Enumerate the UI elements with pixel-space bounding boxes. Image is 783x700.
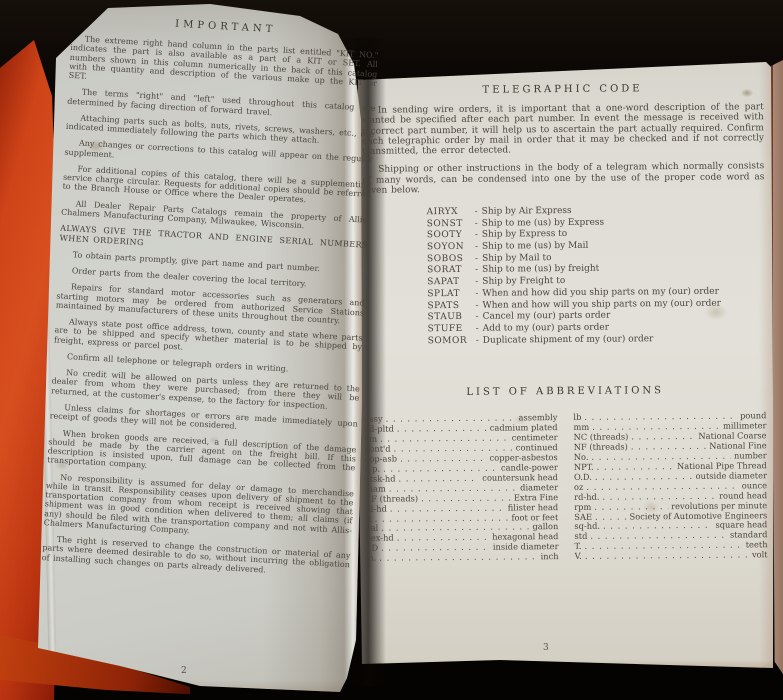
dash-separator: - bbox=[475, 218, 478, 228]
code-word: SOMOR bbox=[428, 335, 476, 347]
dash-separator: - bbox=[475, 254, 478, 264]
code-word: SAPAT bbox=[427, 277, 475, 289]
code-meaning: Ship by Air Express bbox=[482, 206, 572, 217]
book-photo: IMPORTANT The extreme right hand column … bbox=[0, 0, 783, 700]
code-word: SOYON bbox=[427, 242, 475, 254]
left-page-content: IMPORTANT The extreme right hand column … bbox=[40, 13, 380, 607]
abbr-key: V. bbox=[575, 552, 582, 562]
code-meaning: Ship by Express to bbox=[482, 229, 567, 240]
code-meaning: Ship by Freight to bbox=[482, 276, 565, 287]
code-meaning: When and how did you ship parts on my (o… bbox=[482, 286, 719, 298]
code-word: STUFE bbox=[428, 324, 476, 336]
code-meaning: Ship by Mail to bbox=[482, 253, 551, 264]
code-word: SOOTY bbox=[427, 230, 475, 242]
dot-leader bbox=[398, 473, 479, 484]
dash-separator: - bbox=[475, 265, 478, 275]
abbr-meaning: inch bbox=[541, 552, 559, 562]
dash-separator: - bbox=[475, 289, 478, 299]
dash-separator: - bbox=[475, 207, 478, 217]
code-meaning: Add to my (our) parts order bbox=[483, 322, 609, 333]
code-word: SPATS bbox=[427, 300, 475, 312]
page-number-left: 2 bbox=[181, 666, 187, 676]
paragraph: In sending wire orders, it is important … bbox=[362, 102, 764, 157]
dot-leader bbox=[383, 463, 498, 474]
telegraphic-code-list: AIRYX-Ship by Air ExpressSONST-Ship to m… bbox=[427, 204, 766, 347]
code-word: AIRYX bbox=[427, 207, 475, 219]
code-word: SOBOS bbox=[427, 254, 475, 266]
telegraphic-code-title: TELEGRAPHIC CODE bbox=[362, 82, 764, 97]
code-meaning: Ship to me (us) by Express bbox=[482, 217, 604, 228]
abbr-key: in. bbox=[366, 554, 377, 564]
abbr-row: V.volt bbox=[575, 551, 768, 563]
paragraph: No responsibility is assumed for delay o… bbox=[44, 472, 355, 545]
dash-separator: - bbox=[476, 335, 479, 345]
dot-leader bbox=[631, 442, 706, 453]
telegraphic-code-intro: In sending wire orders, it is important … bbox=[362, 102, 765, 196]
paragraph: The extreme right hand column in the par… bbox=[69, 34, 379, 97]
abbreviations-section: LIST OF ABBREVIATIONS assyassemblycd-plt… bbox=[364, 384, 768, 564]
code-word: SONST bbox=[427, 218, 475, 230]
code-word: SPLAT bbox=[427, 289, 475, 301]
code-word: SORAT bbox=[427, 265, 475, 277]
dash-separator: - bbox=[475, 277, 478, 287]
dot-leader bbox=[631, 432, 695, 443]
page-number-right: 3 bbox=[543, 643, 549, 653]
dash-separator: - bbox=[475, 242, 478, 252]
dot-leader bbox=[585, 551, 749, 562]
paragraph: Shipping or other instructions in the bo… bbox=[362, 162, 764, 196]
code-meaning: Duplicate shipment of my (our) order bbox=[483, 334, 654, 345]
abbreviations-columns: assyassemblycd-pltdcadmium platedcmcenti… bbox=[364, 411, 767, 564]
code-row: SOMOR-Duplicate shipment of my (our) ord… bbox=[428, 333, 766, 348]
right-page-content: TELEGRAPHIC CODE In sending wire orders,… bbox=[361, 68, 768, 671]
code-meaning: Cancel my (our) parts order bbox=[483, 311, 611, 322]
dash-separator: - bbox=[476, 324, 479, 334]
abbreviations-column-left: assyassemblycd-pltdcadmium platedcmcenti… bbox=[364, 413, 558, 564]
code-meaning: Ship to me (us) by Mail bbox=[482, 241, 589, 252]
dot-leader bbox=[597, 462, 674, 473]
left-page-paragraphs: The extreme right hand column in the par… bbox=[42, 34, 379, 579]
code-meaning: Ship to me (us) by freight bbox=[482, 264, 599, 275]
abbreviations-title: LIST OF ABBREVIATIONS bbox=[364, 384, 766, 399]
abbr-row: in.inch bbox=[366, 552, 559, 564]
dash-separator: - bbox=[475, 300, 478, 310]
abbreviations-column-right: lbpoundmmmillimeterNC (threads)National … bbox=[573, 411, 767, 562]
code-meaning: When and how will you ship parts on my (… bbox=[482, 298, 721, 310]
dash-separator: - bbox=[475, 230, 478, 240]
dash-separator: - bbox=[475, 312, 478, 322]
dot-leader bbox=[379, 553, 537, 564]
abbr-meaning: volt bbox=[752, 551, 768, 561]
code-word: STAUB bbox=[427, 312, 475, 324]
